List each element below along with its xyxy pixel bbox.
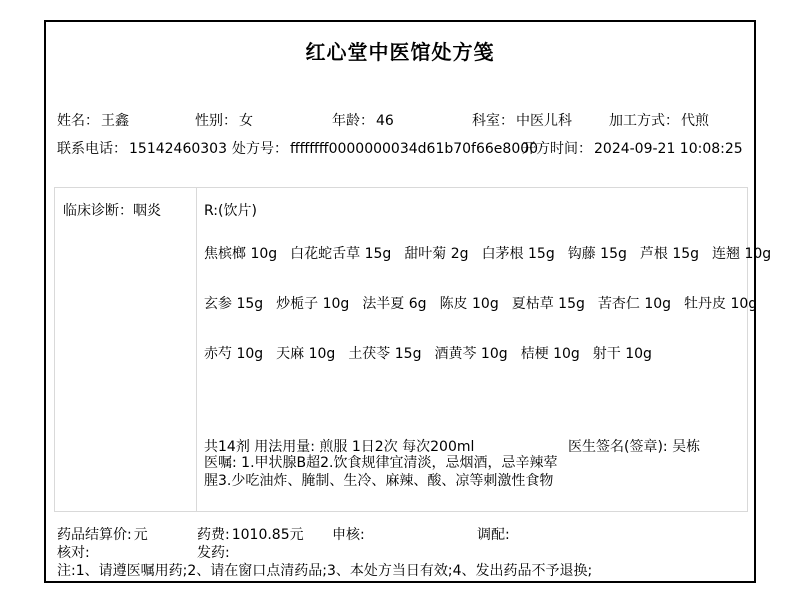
- dispense-label: 发药:: [197, 545, 230, 561]
- phone-label: 联系电话：: [57, 141, 127, 157]
- herb-item: 陈皮 10g: [440, 296, 499, 312]
- herb-item: 连翘 10g: [712, 246, 771, 262]
- herb-item: 夏枯草 15g: [512, 296, 585, 312]
- patient-gender-value: 女: [239, 113, 253, 129]
- rx-header: R:(饮片): [204, 200, 257, 220]
- department-label: 科室：: [472, 113, 514, 129]
- herb-item: 炒栀子 10g: [276, 296, 349, 312]
- patient-age-label: 年龄：: [332, 113, 374, 129]
- diagnosis-value: 咽炎: [133, 203, 161, 219]
- processing-method-label: 加工方式：: [609, 113, 679, 129]
- department-value: 中医儿科: [516, 113, 572, 129]
- prescription-number-field: 处方号：ffffffff0000000034d61b70f66e8000: [232, 138, 538, 158]
- issue-time-label: 开方时间：: [522, 141, 592, 157]
- dispense-field: 发药:: [197, 542, 232, 562]
- herb-item: 钩藤 15g: [568, 246, 627, 262]
- page-title: 红心堂中医馆处方笺: [46, 36, 754, 65]
- herb-item: 芦根 15g: [640, 246, 699, 262]
- usage-instructions: 共14剂 用法用量: 煎服 1日2次 每次200ml: [204, 436, 474, 456]
- herb-line: 赤芍 10g天麻 10g土茯苓 15g酒黄芩 10g桔梗 10g射干 10g: [204, 343, 665, 363]
- phone-field: 联系电话：15142460303: [57, 138, 227, 158]
- herb-item: 玄参 15g: [204, 296, 263, 312]
- check-label: 核对:: [57, 545, 90, 561]
- patient-gender-label: 性别：: [195, 113, 237, 129]
- herb-item: 苦杏仁 10g: [598, 296, 671, 312]
- patient-name-field: 姓名：王鑫: [57, 110, 129, 130]
- check-field: 核对:: [57, 542, 92, 562]
- herb-item: 赤芍 10g: [204, 346, 263, 362]
- footer-note: 注:1、请遵医嘱用药;2、请在窗口点清药品;3、本处方当日有效;4、发出药品不予…: [57, 560, 592, 580]
- diagnosis-field: 临床诊断：咽炎: [63, 200, 161, 220]
- doctor-signature: 医生签名(签章): 吴栋: [568, 436, 700, 456]
- prescription-number-value: ffffffff0000000034d61b70f66e8000: [290, 141, 538, 157]
- settlement-price-label: 药品结算价:: [57, 527, 132, 543]
- phone-value: 15142460303: [129, 141, 227, 157]
- prescription-box: 临床诊断：咽炎 R:(饮片) 焦槟榔 10g白花蛇舌草 15g甜叶菊 2g白茅根…: [54, 187, 748, 512]
- diagnosis-cell: 临床诊断：咽炎: [55, 188, 197, 511]
- medical-advice: 医嘱: 1.甲状腺B超2.饮食规律宜清淡，忌烟酒，忌辛辣荤腥3.少吃油炸、腌制、…: [204, 454, 568, 490]
- processing-method-field: 加工方式：代煎: [609, 110, 709, 130]
- herb-item: 酒黄芩 10g: [434, 346, 507, 362]
- herb-item: 白花蛇舌草 15g: [290, 246, 391, 262]
- review-label: 申核:: [332, 527, 365, 543]
- herb-item: 射干 10g: [593, 346, 652, 362]
- processing-method-value: 代煎: [681, 113, 709, 129]
- herb-item: 法半夏 6g: [362, 296, 426, 312]
- herb-item: 焦槟榔 10g: [204, 246, 277, 262]
- settlement-price-field: 药品结算价:元: [57, 524, 148, 544]
- patient-name-value: 王鑫: [101, 113, 129, 129]
- patient-age-value: 46: [376, 113, 394, 129]
- medicine-fee-label: 药费:: [197, 527, 230, 543]
- prescription-sheet: 红心堂中医馆处方笺 姓名：王鑫 性别：女 年龄：46 科室：中医儿科 加工方式：…: [44, 20, 756, 583]
- settlement-price-value: 元: [134, 527, 148, 543]
- herb-item: 白茅根 15g: [482, 246, 555, 262]
- review-field: 申核:: [332, 524, 367, 544]
- patient-age-field: 年龄：46: [332, 110, 394, 130]
- issue-time-value: 2024-09-21 10:08:25: [594, 141, 743, 157]
- herb-item: 甜叶菊 2g: [404, 246, 468, 262]
- medicine-fee-field: 药费:1010.85元: [197, 524, 304, 544]
- herb-line: 玄参 15g炒栀子 10g法半夏 6g陈皮 10g夏枯草 15g苦杏仁 10g牡…: [204, 293, 770, 313]
- issue-time-field: 开方时间：2024-09-21 10:08:25: [522, 138, 743, 158]
- patient-gender-field: 性别：女: [195, 110, 253, 130]
- medicine-fee-value: 1010.85元: [232, 527, 304, 543]
- dispense-prep-label: 调配:: [477, 527, 510, 543]
- dispense-prep-field: 调配:: [477, 524, 512, 544]
- rx-cell: R:(饮片) 焦槟榔 10g白花蛇舌草 15g甜叶菊 2g白茅根 15g钩藤 1…: [197, 188, 747, 511]
- herb-item: 天麻 10g: [276, 346, 335, 362]
- department-field: 科室：中医儿科: [472, 110, 572, 130]
- diagnosis-label: 临床诊断：: [63, 203, 133, 219]
- herb-item: 土茯苓 15g: [348, 346, 421, 362]
- herb-line: 焦槟榔 10g白花蛇舌草 15g甜叶菊 2g白茅根 15g钩藤 15g芦根 15…: [204, 243, 784, 263]
- prescription-number-label: 处方号：: [232, 141, 288, 157]
- herb-item: 牡丹皮 10g: [684, 296, 757, 312]
- herb-item: 桔梗 10g: [521, 346, 580, 362]
- patient-name-label: 姓名：: [57, 113, 99, 129]
